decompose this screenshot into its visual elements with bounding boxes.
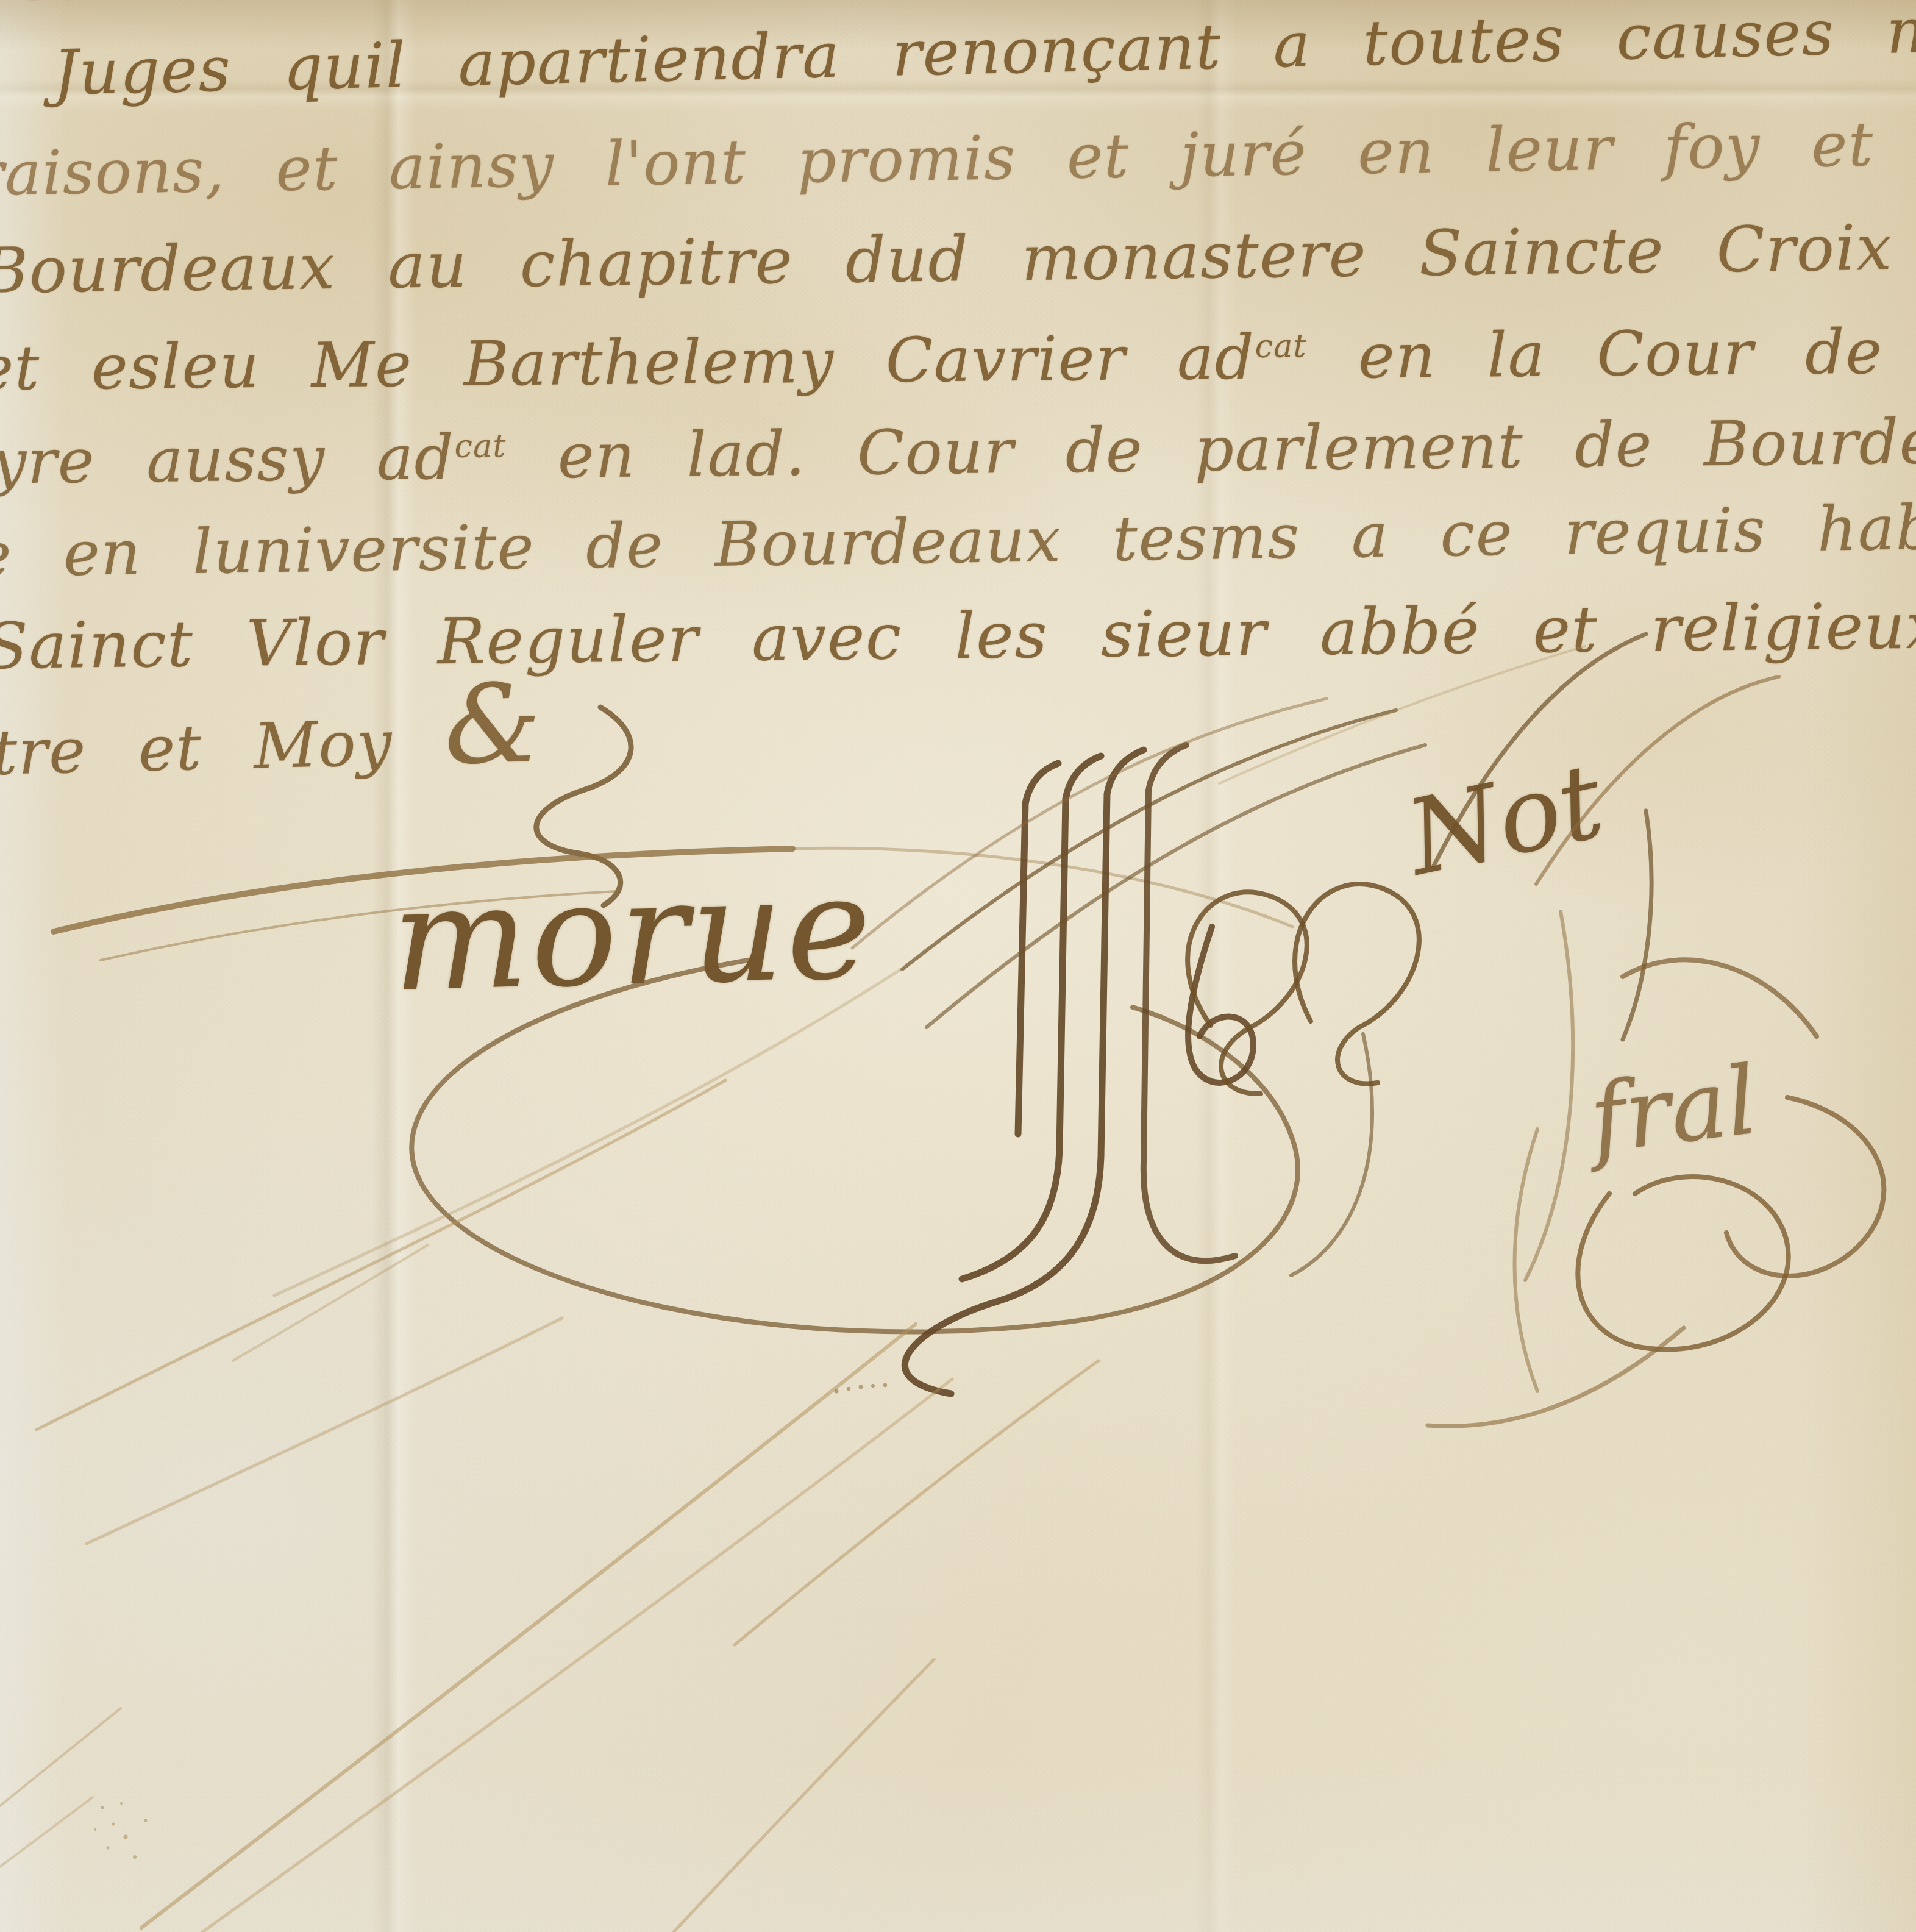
photo-vignette: [0, 0, 1916, 1932]
manuscript-page: et la Cour de Messieurs et Monsieur le g…: [0, 0, 1916, 1932]
